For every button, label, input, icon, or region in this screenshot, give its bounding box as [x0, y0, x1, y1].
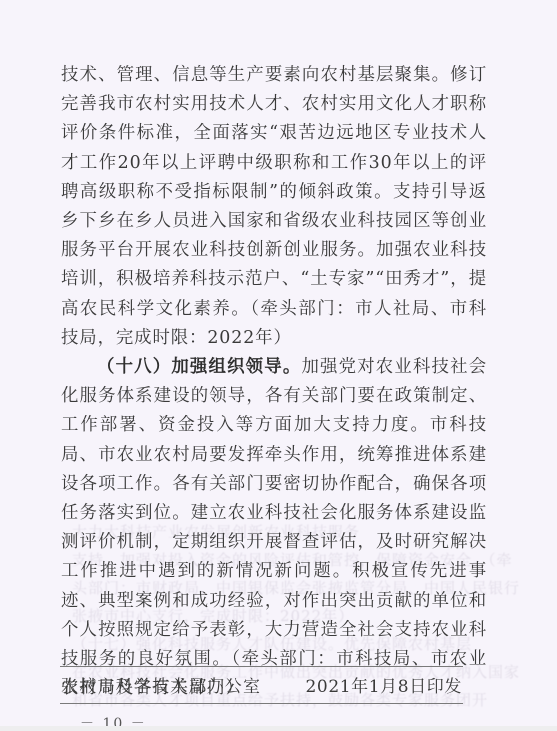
- paragraph-organization-leadership: （十八）加强组织领导。加强党对农业科技社会化服务体系建设的领导，各有关部门要在政…: [61, 353, 487, 703]
- issue-date: 2021年1月8日印发: [306, 672, 463, 697]
- section-heading: （十八）加强组织领导。: [97, 357, 301, 377]
- paragraph-text: 加强党对农业科技社会化服务体系建设的领导，各有关部门要在政策制定、工作部署、资金…: [61, 357, 487, 698]
- document-body: 技术、管理、信息等生产要素向农村基层聚集。修订完善我市农村实用技术人才、农村实用…: [61, 61, 487, 703]
- page-number: － 10 －: [80, 713, 147, 726]
- paragraph-text: 技术、管理、信息等生产要素向农村基层聚集。修订完善我市农村实用技术人才、农村实用…: [61, 65, 487, 348]
- issuing-office: 张掖市科学技术局办公室: [61, 672, 261, 697]
- paragraph-talent-policy: 技术、管理、信息等生产要素向农村基层聚集。修订完善我市农村实用技术人才、农村实用…: [61, 61, 487, 353]
- footer-bottom-rule: [60, 703, 463, 704]
- footer-top-rule: [60, 666, 463, 667]
- document-page: 大力大科技产业农发展创新农业科技服务 支持，加强对投入资金的风险评估和管控，保障…: [0, 0, 557, 726]
